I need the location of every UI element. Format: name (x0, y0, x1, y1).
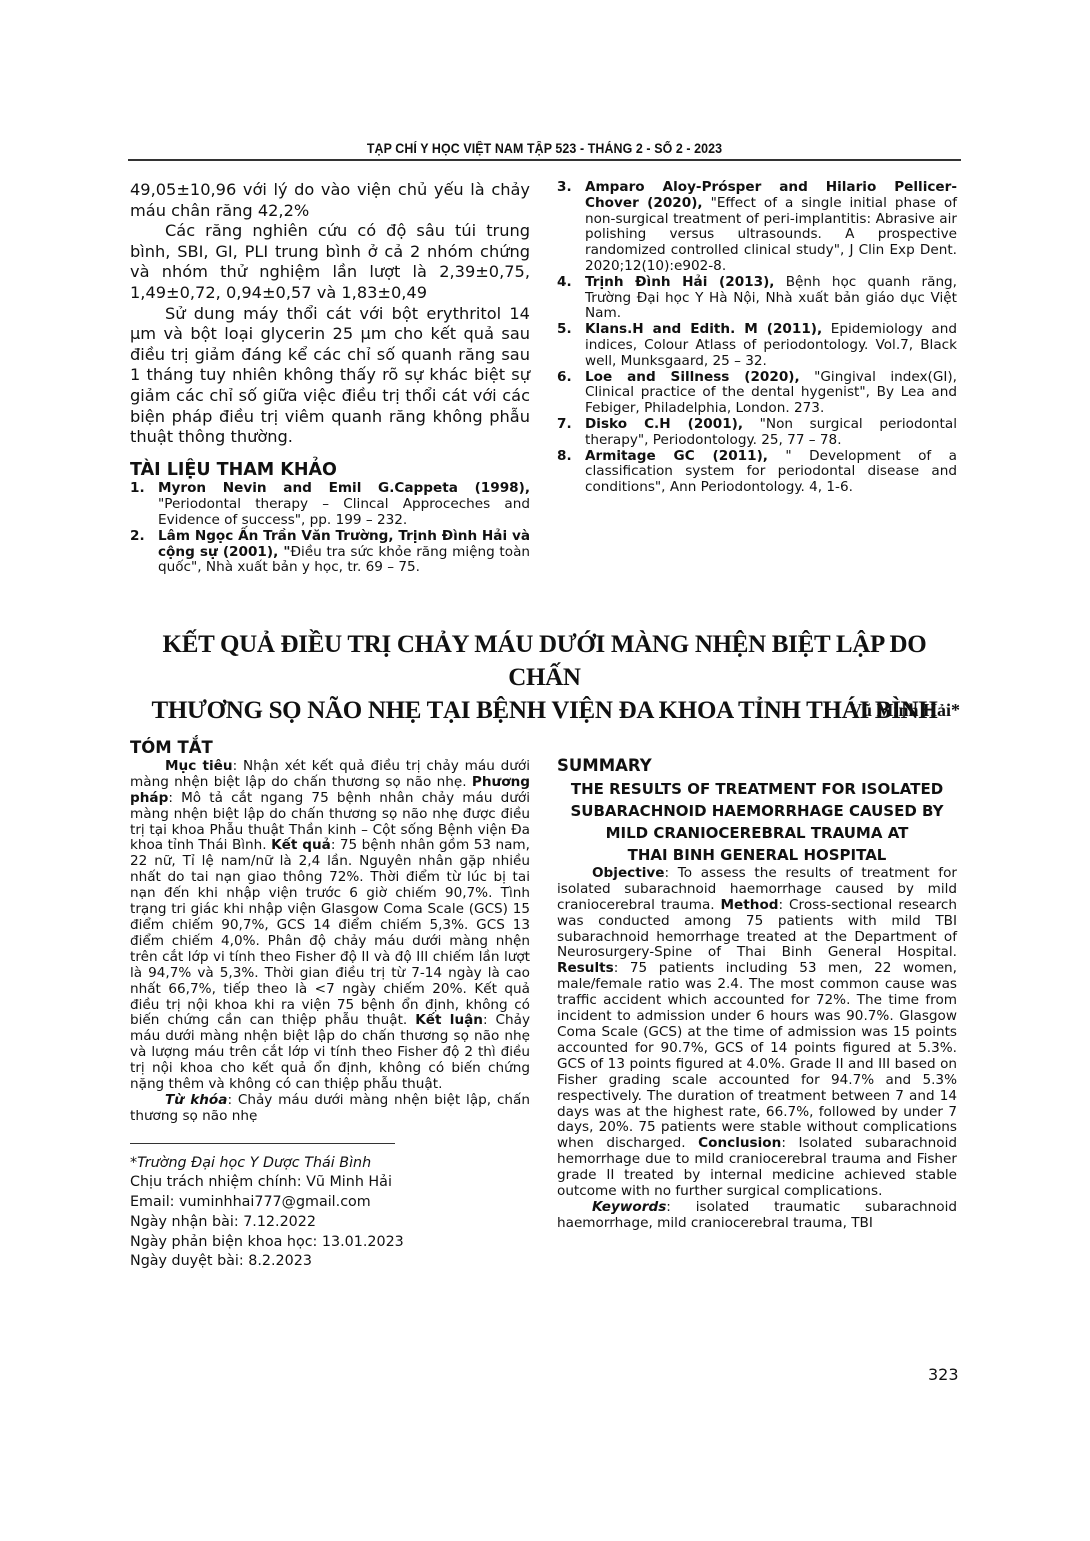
article-title: KẾT QUẢ ĐIỀU TRỊ CHẢY MÁU DƯỚI MÀNG NHỆN… (128, 628, 961, 727)
reference-number: 1. (130, 481, 158, 528)
footnote-accepted: Ngày duyệt bài: 8.2.2023 (130, 1252, 530, 1272)
footnote-email: Email: vuminhhai777@gmail.com (130, 1193, 530, 1213)
reference-item: 7. Disko C.H (2001), "Non surgical perio… (557, 417, 957, 449)
article-author: Vũ Minh Hải* (849, 700, 960, 721)
reference-item: 6. Loe and Sillness (2020), "Gingival in… (557, 370, 957, 417)
footnote-rule (130, 1143, 395, 1144)
keywords-en: Keywords: isolated traumatic subarachnoi… (557, 1200, 957, 1232)
results-label: Kết quả (271, 837, 331, 853)
english-title-line: SUBARACHNOID HAEMORRHAGE CAUSED BY (557, 800, 957, 822)
english-summary: SUMMARY THE RESULTS OF TREATMENT FOR ISO… (557, 758, 957, 1232)
header-rule (128, 159, 961, 161)
english-title-line: THAI BINH GENERAL HOSPITAL (557, 844, 957, 866)
reference-number: 4. (557, 275, 585, 322)
reference-item: 5. Klans.H and Edith. M (2011), Epidemio… (557, 322, 957, 369)
abstract-body-en: Objective: To assess the results of trea… (557, 866, 957, 1200)
reference-authors: Myron Nevin and Emil G.Cappeta (1998), (158, 480, 530, 496)
reference-details: "Periodontal therapy – Clincal Approcech… (158, 496, 530, 528)
summary-heading: SUMMARY (557, 758, 957, 774)
reference-item: 2. Lâm Ngọc Ấn Trần Văn Trường, Trịnh Đì… (130, 529, 530, 576)
conclusion-label: Kết luận (415, 1012, 483, 1028)
references-heading: TÀI LIỆU THAM KHẢO (130, 462, 530, 480)
results-label: Results (557, 960, 614, 976)
vietnamese-abstract: TÓM TẮT Mục tiêu: Nhận xét kết quả điều … (130, 740, 530, 1272)
page-number: 323 (928, 1365, 959, 1384)
article-title-line-1: KẾT QUẢ ĐIỀU TRỊ CHẢY MÁU DƯỚI MÀNG NHỆN… (128, 628, 961, 694)
keywords-label: Từ khóa (165, 1092, 227, 1108)
english-title-line: MILD CRANIOCEREBRAL TRAUMA AT (557, 822, 957, 844)
reference-number: 8. (557, 449, 585, 496)
abstract-body-vn: Mục tiêu: Nhận xét kết quả điều trị chảy… (130, 759, 530, 1093)
reference-number: 6. (557, 370, 585, 417)
abstract-heading-vn: TÓM TẮT (130, 740, 530, 756)
reference-number: 7. (557, 417, 585, 449)
reference-authors: Disko C.H (2001), (585, 416, 743, 432)
conclusion-paragraph: Sử dung máy thổi cát với bột erythritol … (130, 304, 530, 448)
previous-article-right-column: 3. Amparo Aloy-Prósper and Hilario Pelli… (557, 180, 957, 496)
previous-article-left-column: 49,05±10,96 với lý do vào viện chủ yếu l… (130, 180, 530, 576)
reference-authors: Armitage GC (2011), (585, 448, 768, 464)
footnote-responsible: Chịu trách nhiệm chính: Vũ Minh Hải (130, 1173, 530, 1193)
keywords-label: Keywords (592, 1199, 666, 1215)
results-text: : 75 bệnh nhân gồm 53 nam, 22 nữ, Tỉ lệ … (130, 837, 530, 1028)
results-text: : 75 patients including 53 men, 22 women… (557, 960, 957, 1151)
english-title-line: THE RESULTS OF TREATMENT FOR ISOLATED (557, 778, 957, 800)
footnote-reviewed: Ngày phản biện khoa học: 13.01.2023 (130, 1233, 530, 1253)
reference-authors: Trịnh Đình Hải (2013), (585, 274, 774, 290)
reference-number: 3. (557, 180, 585, 275)
running-header: TẠP CHÍ Y HỌC VIỆT NAM TẬP 523 - THÁNG 2… (161, 141, 927, 156)
objective-label: Objective (592, 865, 664, 881)
method-label: Method (721, 897, 779, 913)
conclusion-label: Conclusion (698, 1135, 781, 1151)
reference-authors: Loe and Sillness (2020), (585, 369, 800, 385)
reference-number: 5. (557, 322, 585, 369)
article-title-line-2: THƯƠNG SỌ NÃO NHẸ TẠI BỆNH VIỆN ĐA KHOA … (128, 694, 961, 727)
reference-item: 3. Amparo Aloy-Prósper and Hilario Pelli… (557, 180, 957, 275)
reference-item: 8. Armitage GC (2011), " Development of … (557, 449, 957, 496)
reference-authors: Klans.H and Edith. M (2011), (585, 321, 822, 337)
keywords-vn: Từ khóa: Chảy máu dưới màng nhện biệt lậ… (130, 1093, 530, 1125)
conclusion-paragraph: 49,05±10,96 với lý do vào viện chủ yếu l… (130, 180, 530, 221)
conclusion-paragraph: Các răng nghiên cứu có độ sâu túi trung … (130, 221, 530, 303)
footnote-received: Ngày nhận bài: 7.12.2022 (130, 1213, 530, 1233)
reference-number: 2. (130, 529, 158, 576)
objective-label: Mục tiêu (165, 758, 233, 774)
footnote-affiliation: *Trường Đại học Y Dược Thái Bình (130, 1154, 530, 1174)
reference-item: 4. Trịnh Đình Hải (2013), Bệnh học quanh… (557, 275, 957, 322)
reference-item: 1. Myron Nevin and Emil G.Cappeta (1998)… (130, 481, 530, 528)
